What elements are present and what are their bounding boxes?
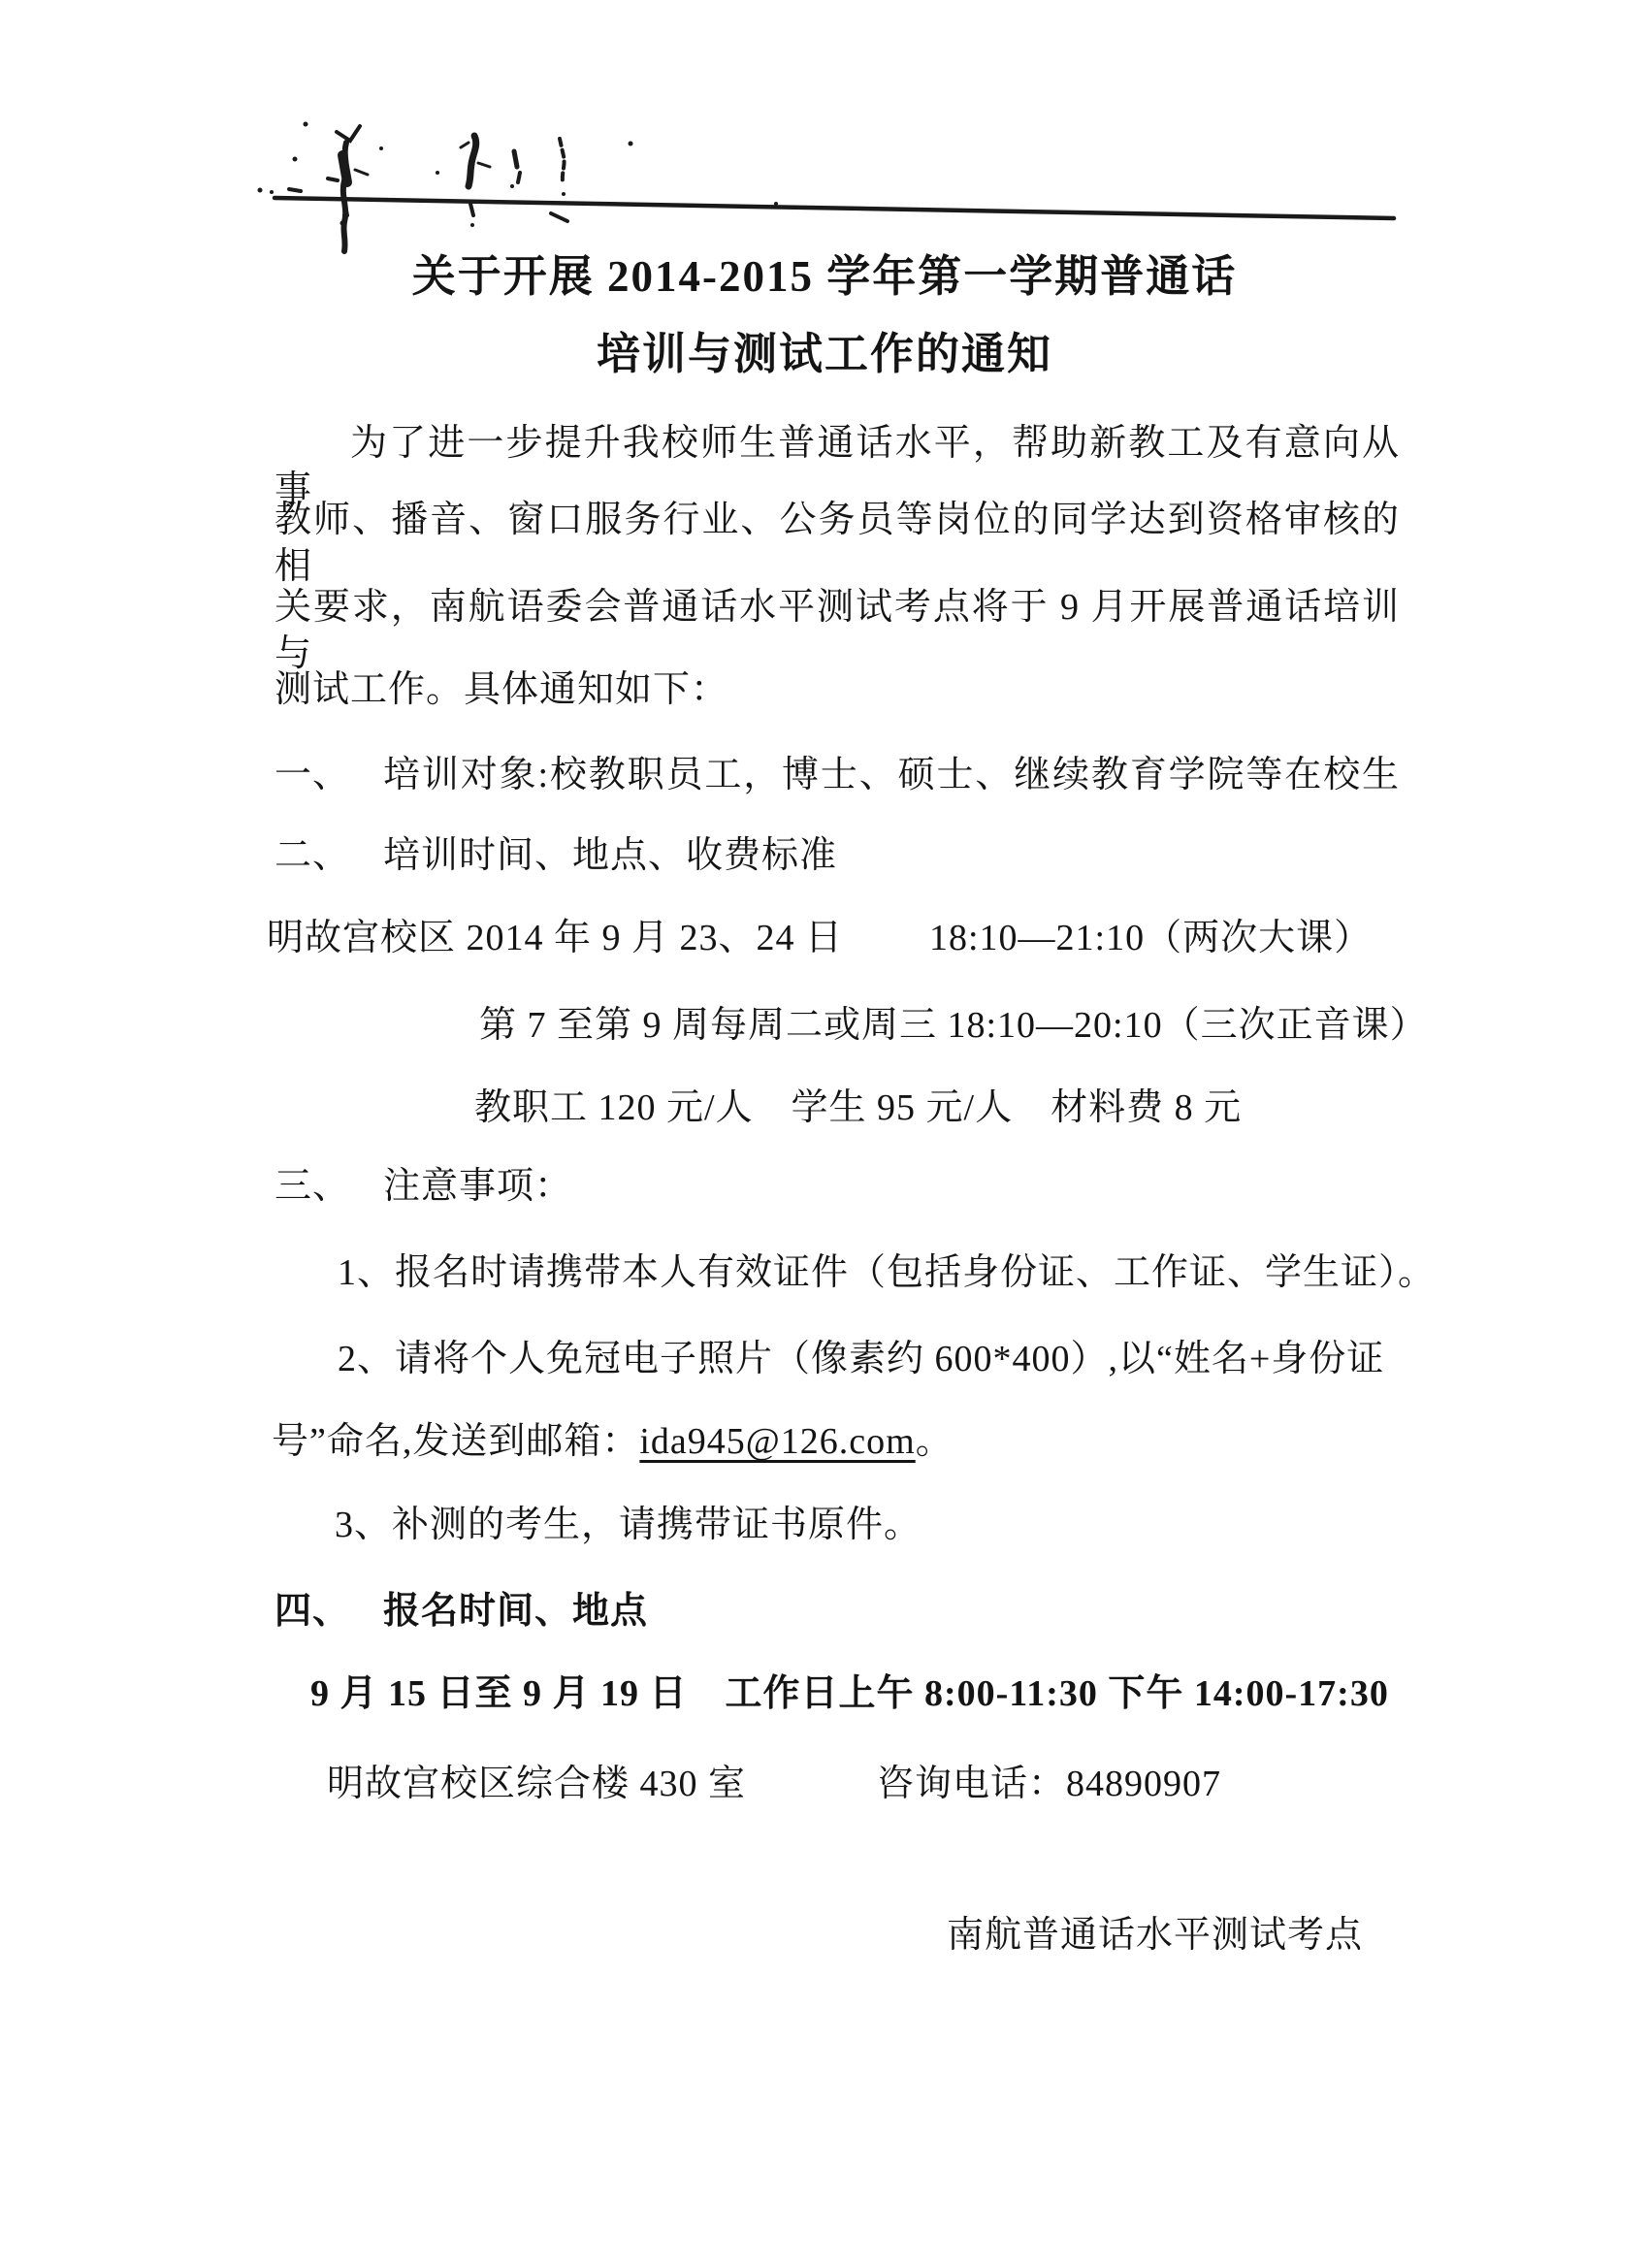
- document-title-line-2: 培训与测试工作的通知: [0, 327, 1649, 381]
- schedule-campus-date: 明故宫校区 2014 年 9 月 23、24 日: [267, 918, 843, 958]
- document-title-line-1: 关于开展 2014-2015 学年第一学期普通话: [0, 249, 1649, 304]
- section-item-3-number: 三、: [275, 1164, 350, 1211]
- section-item-4-number: 四、: [275, 1589, 350, 1636]
- section-item-3-text: 注意事项：: [383, 1164, 1400, 1211]
- document-page: 关于开展 2014-2015 学年第一学期普通话 培训与测试工作的通知 为了进一…: [0, 0, 1649, 2268]
- schedule-line-2: 第 7 至第 9 周每周二或周三 18:10—20:10（三次正音课）: [479, 1003, 1428, 1050]
- section-item-4: 四、 报名时间、地点: [275, 1589, 1400, 1636]
- note-2-line-1: 2、请将个人免冠电子照片（像素约 600*400）,以“姓名+身份证: [338, 1337, 1384, 1383]
- schedule-fees: 教职工 120 元/人 学生 95 元/人 材料费 8 元: [474, 1085, 1242, 1132]
- intro-line-4: 测试工作。具体通知如下：: [275, 667, 728, 714]
- section-item-2-number: 二、: [275, 833, 350, 880]
- intro-line-2: 教师、播音、窗口服务行业、公务员等岗位的同学达到资格审核的相: [275, 498, 1400, 590]
- section-item-2: 二、 培训时间、地点、收费标准: [275, 833, 1400, 880]
- note-1: 1、报名时请携带本人有效证件（包括身份证、工作证、学生证）。: [338, 1250, 1436, 1297]
- registration-place-line: 明故宫校区综合楼 430 室 咨询电话：84890907: [327, 1762, 746, 1808]
- note-2-line-2: 号”命名,发送到邮箱：ida945@126.com。: [272, 1419, 954, 1466]
- note-2-period: 。: [916, 1421, 954, 1462]
- scan-horizontal-line: [275, 198, 1394, 218]
- registration-time: 9 月 15 日至 9 月 19 日 工作日上午 8:00-11:30 下午 1…: [310, 1671, 1389, 1718]
- section-item-1-number: 一、: [275, 753, 350, 799]
- schedule-line-1: 明故宫校区 2014 年 9 月 23、24 日 18:10—21:10（两次大…: [267, 916, 843, 962]
- email-text: ida945@126.com: [639, 1421, 915, 1462]
- section-item-4-text: 报名时间、地点: [383, 1589, 1400, 1636]
- registration-phone: 咨询电话：84890907: [877, 1762, 1221, 1808]
- schedule-time-1: 18:10—21:10（两次大课）: [929, 916, 1372, 962]
- note-2-line-2-prefix: 号”命名,发送到邮箱：: [272, 1421, 639, 1462]
- section-item-1-text: 培训对象:校教职员工，博士、硕士、继续教育学院等在校生: [383, 753, 1400, 799]
- intro-line-3: 关要求，南航语委会普通话水平测试考点将于 9 月开展普通话培训与: [275, 585, 1400, 677]
- section-item-1: 一、 培训对象:校教职员工，博士、硕士、继续教育学院等在校生: [275, 753, 1400, 799]
- note-3: 3、补测的考生，请携带证书原件。: [335, 1503, 921, 1549]
- section-item-2-text: 培训时间、地点、收费标准: [383, 833, 1400, 880]
- registration-place: 明故宫校区综合楼 430 室: [327, 1764, 746, 1804]
- section-item-3: 三、 注意事项：: [275, 1164, 1400, 1211]
- signature: 南航普通话水平测试考点: [947, 1913, 1363, 1960]
